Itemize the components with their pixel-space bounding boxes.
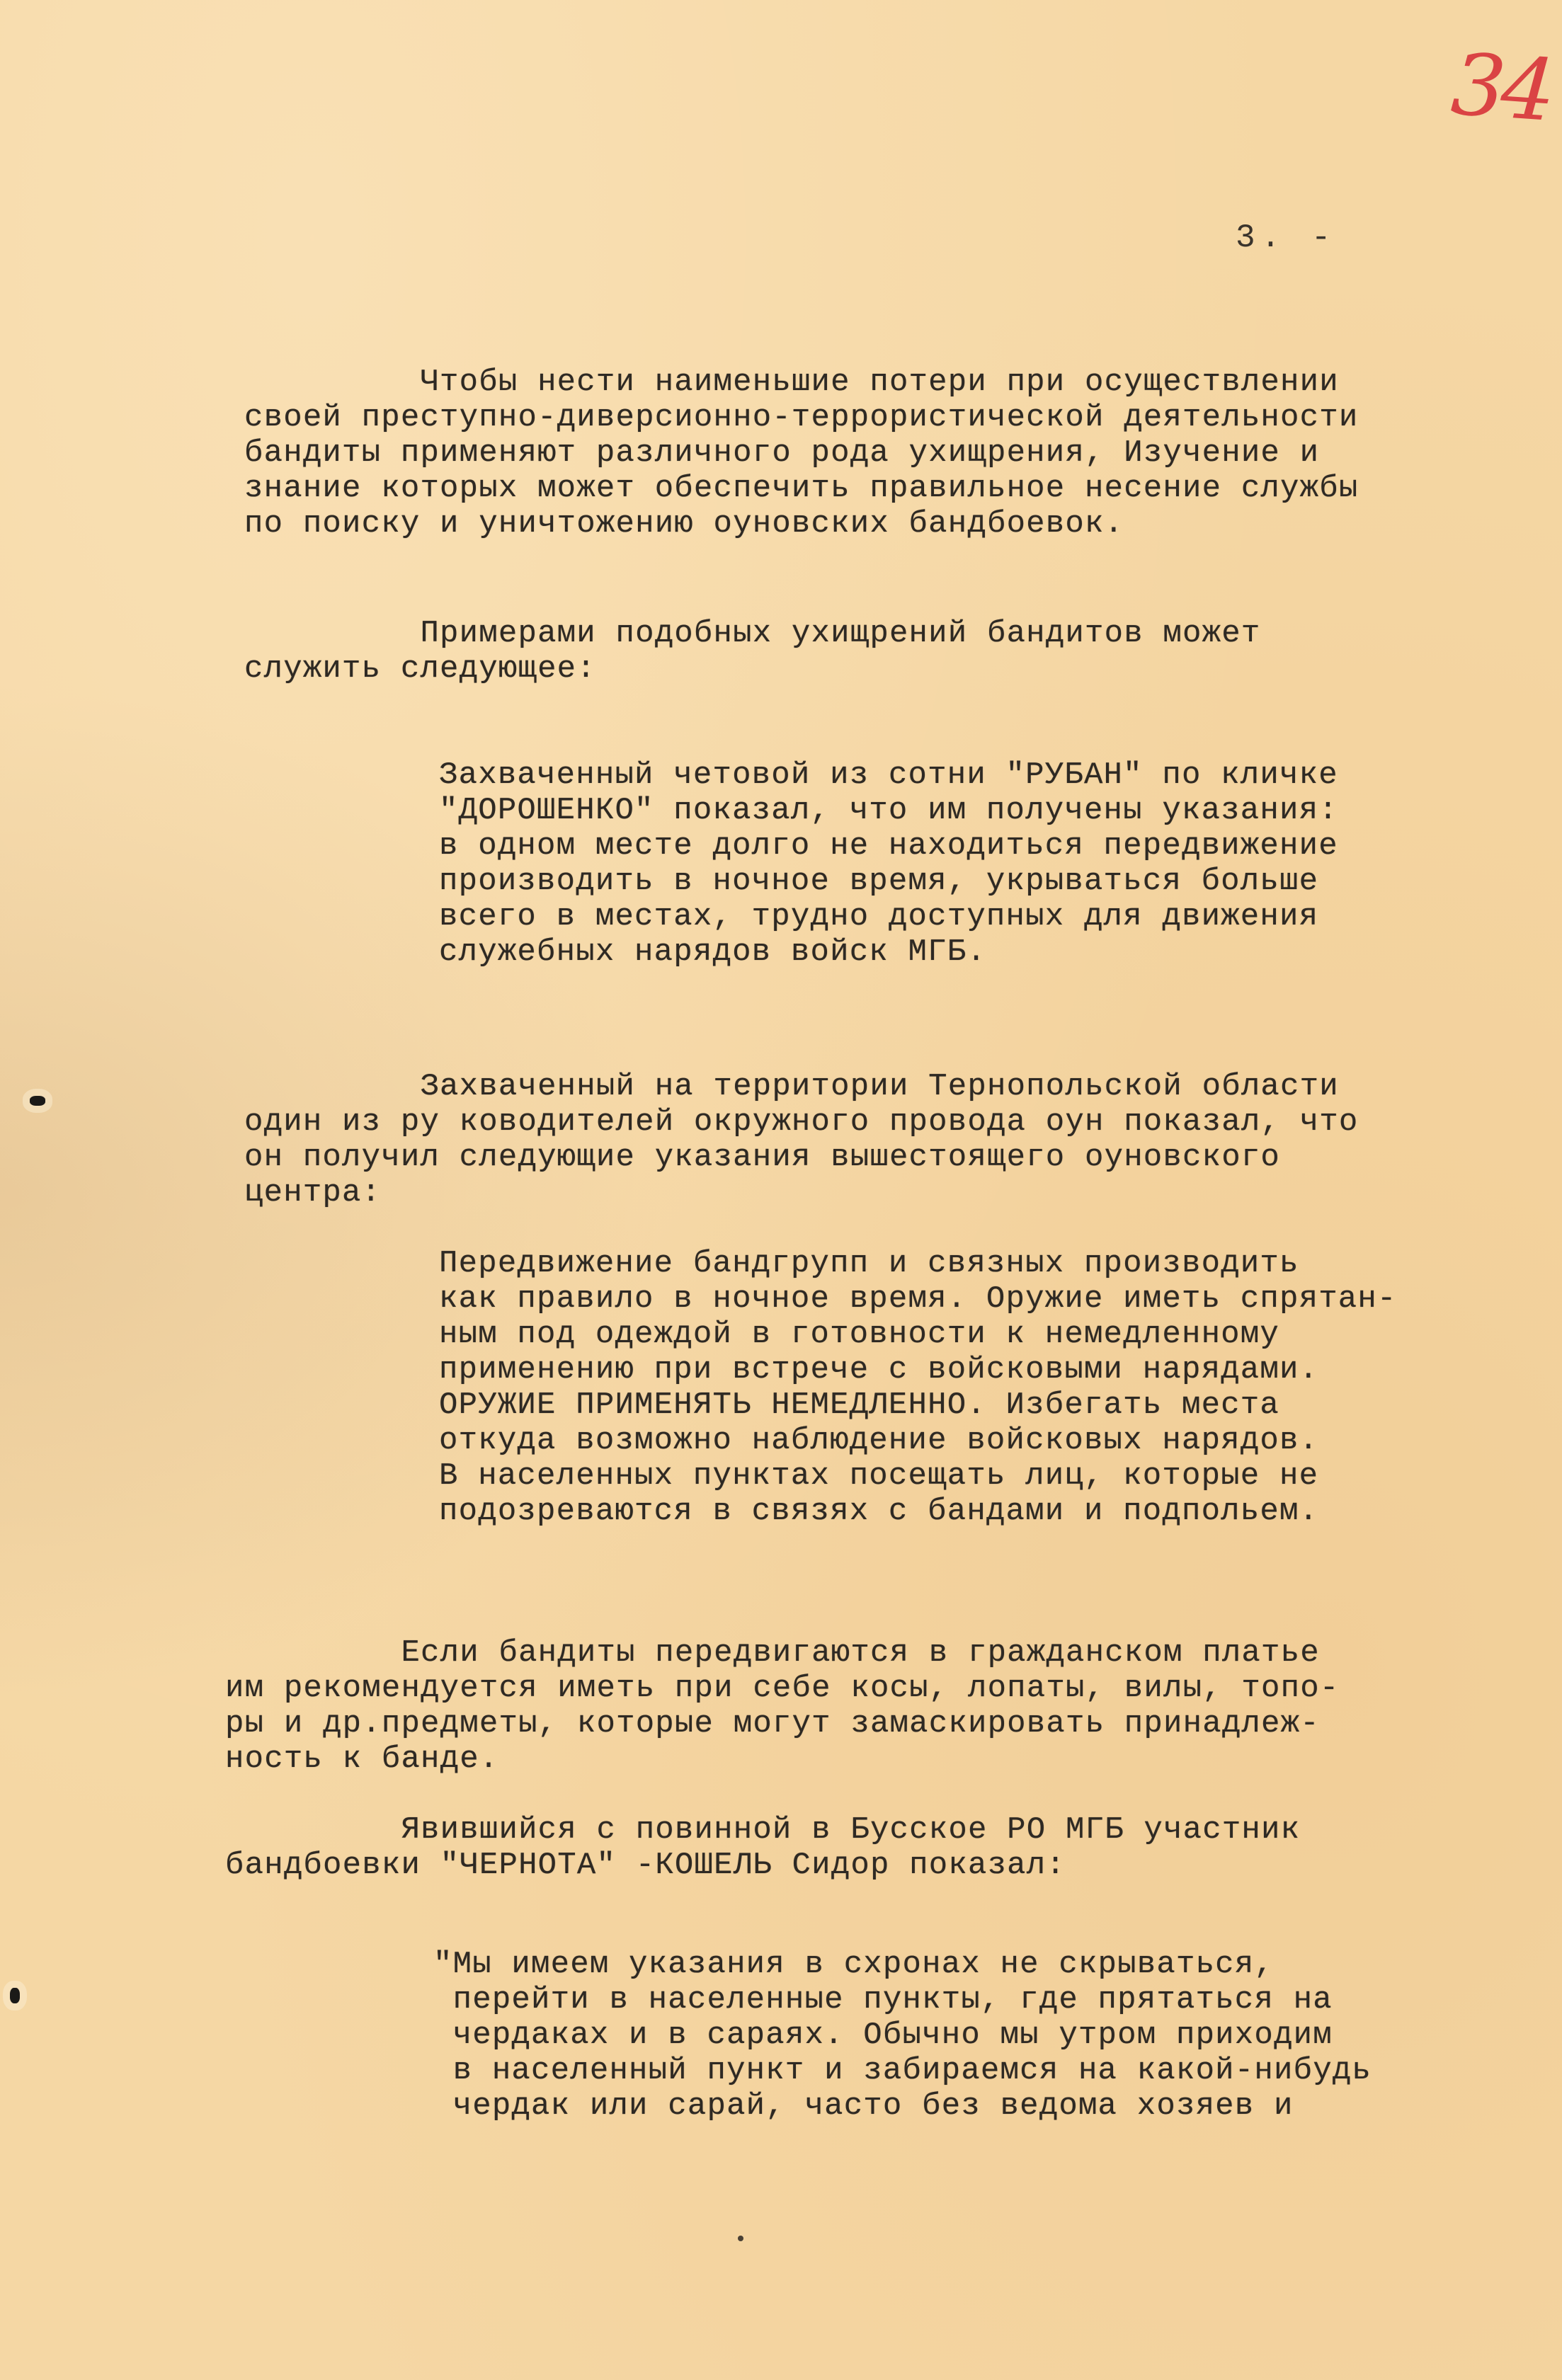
text-line: применению при встрече с войсковыми наря…: [439, 1352, 1397, 1388]
quote-center-instructions: Передвижение бандгрупп и связных произво…: [439, 1246, 1397, 1529]
text-line: Передвижение бандгрупп и связных произво…: [439, 1246, 1397, 1281]
archive-folio-number: 34: [1448, 35, 1554, 140]
text-line: ность к банде.: [225, 1741, 1339, 1777]
text-line: по поиску и уничтожению оуновских бандбо…: [244, 506, 1358, 542]
text-line: "ДОРОШЕНКО" показал, что им получены ука…: [439, 793, 1338, 828]
text-line: Захваченный на территории Тернопольской …: [244, 1069, 1358, 1104]
page-number: 3. -: [1236, 219, 1336, 256]
text-line: Если бандиты передвигаются в гражданском…: [225, 1635, 1339, 1671]
text-line: подозреваются в связях с бандами и подпо…: [439, 1494, 1397, 1529]
text-line: в населенный пункт и забираемся на какой…: [433, 2053, 1372, 2088]
text-line: бандбоевки "ЧЕРНОТА" -КОШЕЛЬ Сидор показ…: [225, 1848, 1300, 1883]
text-line: чердаках и в сараях. Обычно мы утром при…: [433, 2018, 1372, 2053]
text-line: производить в ночное время, укрываться б…: [439, 864, 1338, 899]
text-line: Примерами подобных ухищрений бандитов мо…: [244, 616, 1260, 651]
paragraph-intro: Чтобы нести наименьшие потери при осущес…: [244, 365, 1358, 542]
text-line: Захваченный четовой из сотни "РУБАН" по …: [439, 757, 1338, 793]
text-line: ОРУЖИЕ ПРИМЕНЯТЬ НЕМЕДЛЕННО. Избегать ме…: [439, 1388, 1397, 1423]
text-line: чердак или сарай, часто без ведома хозяе…: [433, 2088, 1372, 2124]
text-line: своей преступно-диверсионно-террористиче…: [244, 400, 1358, 435]
text-line: знание которых может обеспечить правильн…: [244, 471, 1358, 506]
quote-koshel-testimony: "Мы имеем указания в схронах не скрывать…: [433, 1947, 1372, 2124]
text-line: служебных нарядов войск МГБ.: [439, 934, 1338, 970]
quote-ruban-testimony: Захваченный четовой из сотни "РУБАН" по …: [439, 757, 1338, 970]
text-line: всего в местах, трудно доступных для дви…: [439, 899, 1338, 934]
text-line: Чтобы нести наименьшие потери при осущес…: [244, 365, 1358, 400]
text-line: в одном месте долго не находиться передв…: [439, 828, 1338, 864]
text-line: откуда возможно наблюдение войсковых нар…: [439, 1423, 1397, 1458]
text-line: как правило в ночное время. Оружие иметь…: [439, 1281, 1397, 1317]
text-line: ры и др.предметы, которые могут замаскир…: [225, 1706, 1339, 1741]
text-line: один из ру ководителей окружного провода…: [244, 1104, 1358, 1140]
text-line: перейти в населенные пункты, где прятать…: [433, 1982, 1372, 2018]
paragraph-civilian-dress: Если бандиты передвигаются в гражданском…: [225, 1635, 1339, 1777]
text-line: центра:: [244, 1175, 1358, 1211]
paragraph-ternopil: Захваченный на территории Тернопольской …: [244, 1069, 1358, 1211]
paragraph-busk: Явившийся с повинной в Бусское РО МГБ уч…: [225, 1812, 1300, 1883]
binder-hole: [30, 1096, 45, 1106]
text-line: служить следующее:: [244, 651, 1260, 687]
text-line: он получил следующие указания вышестояще…: [244, 1140, 1358, 1175]
text-line: "Мы имеем указания в схронах не скрывать…: [433, 1947, 1372, 1982]
ink-speck: [738, 2236, 743, 2241]
text-line: им рекомендуется иметь при себе косы, ло…: [225, 1671, 1339, 1706]
binder-hole: [10, 1988, 20, 2003]
text-line: Явившийся с повинной в Бусское РО МГБ уч…: [225, 1812, 1300, 1848]
text-line: ным под одеждой в готовности к немедленн…: [439, 1317, 1397, 1352]
paragraph-examples-intro: Примерами подобных ухищрений бандитов мо…: [244, 616, 1260, 687]
text-line: бандиты применяют различного рода ухищре…: [244, 435, 1358, 471]
text-line: В населенных пунктах посещать лиц, котор…: [439, 1458, 1397, 1494]
